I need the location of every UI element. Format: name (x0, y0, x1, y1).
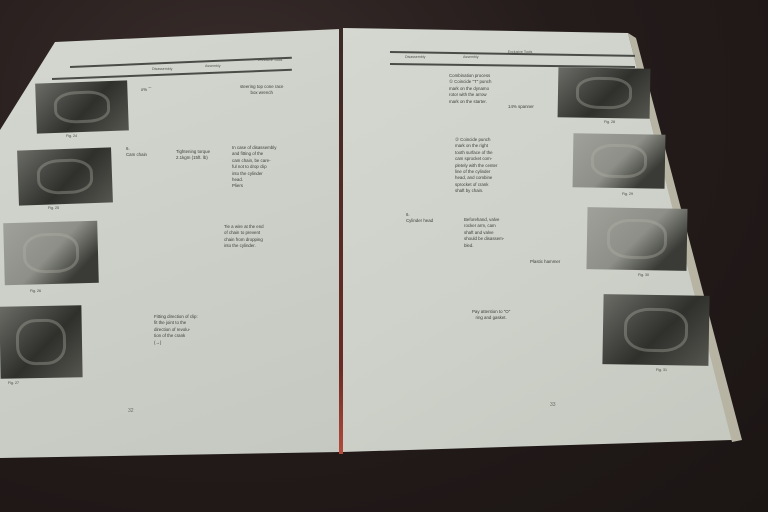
text-block: steering top cone race box wrench (240, 84, 283, 97)
text-block: Pay attention to "O" ring and gasket. (472, 309, 510, 322)
text-block: 6. Cylinder head (406, 212, 433, 225)
text-block: Combination process ① Coincide "T" punch… (449, 73, 491, 105)
header-tools: Exclusive Tools (255, 58, 285, 62)
figure-caption: Fig. 26 (30, 289, 41, 293)
header-disassembly: Disassembly (405, 55, 425, 59)
text-block: Tie a wire at the end of chain to preven… (224, 224, 264, 250)
figure-image (35, 80, 129, 133)
text-block: Tightening torque 2.1kgm (15ft. lb) (176, 149, 210, 162)
figure-caption: Fig. 29 (622, 192, 633, 196)
text-block: 6. Cam chain (126, 146, 147, 159)
page-number: 32 (128, 408, 134, 414)
figure-image (17, 147, 113, 205)
text-block: x% ‾‾ (141, 87, 151, 93)
header-assembly: Assembly (205, 64, 221, 68)
text-block: Beforehand, valve rocker arm, cam shaft … (464, 217, 504, 249)
header-assembly: Assembly (463, 55, 479, 59)
figure-image (3, 221, 99, 285)
text-block: 14% spanner (508, 104, 534, 110)
figure-image (558, 67, 651, 119)
figure-image (602, 294, 709, 366)
figure-caption: Fig. 25 (48, 206, 59, 210)
text-block: ② Coincide punch mark on the right tooth… (455, 137, 497, 195)
figure-caption: Fig. 31 (656, 368, 667, 372)
figure-image (586, 207, 687, 271)
page-number: 33 (550, 402, 556, 408)
figure-image (0, 305, 83, 378)
header-tools: Exclusive Tools (505, 50, 535, 54)
text-block: Plastic hammer (530, 259, 560, 265)
text-block: Fitting direction of clip: fit the joint… (154, 314, 198, 346)
figure-image (573, 133, 666, 189)
figure-caption: Fig. 28 (604, 120, 615, 124)
text-block: In case of disassembly and fitting of th… (232, 145, 276, 190)
book-spine (339, 28, 343, 454)
figure-caption: Fig. 27 (8, 381, 19, 385)
header-disassembly: Disassembly (152, 67, 172, 71)
figure-caption: Fig. 30 (638, 273, 649, 277)
figure-caption: Fig. 24 (66, 134, 77, 138)
